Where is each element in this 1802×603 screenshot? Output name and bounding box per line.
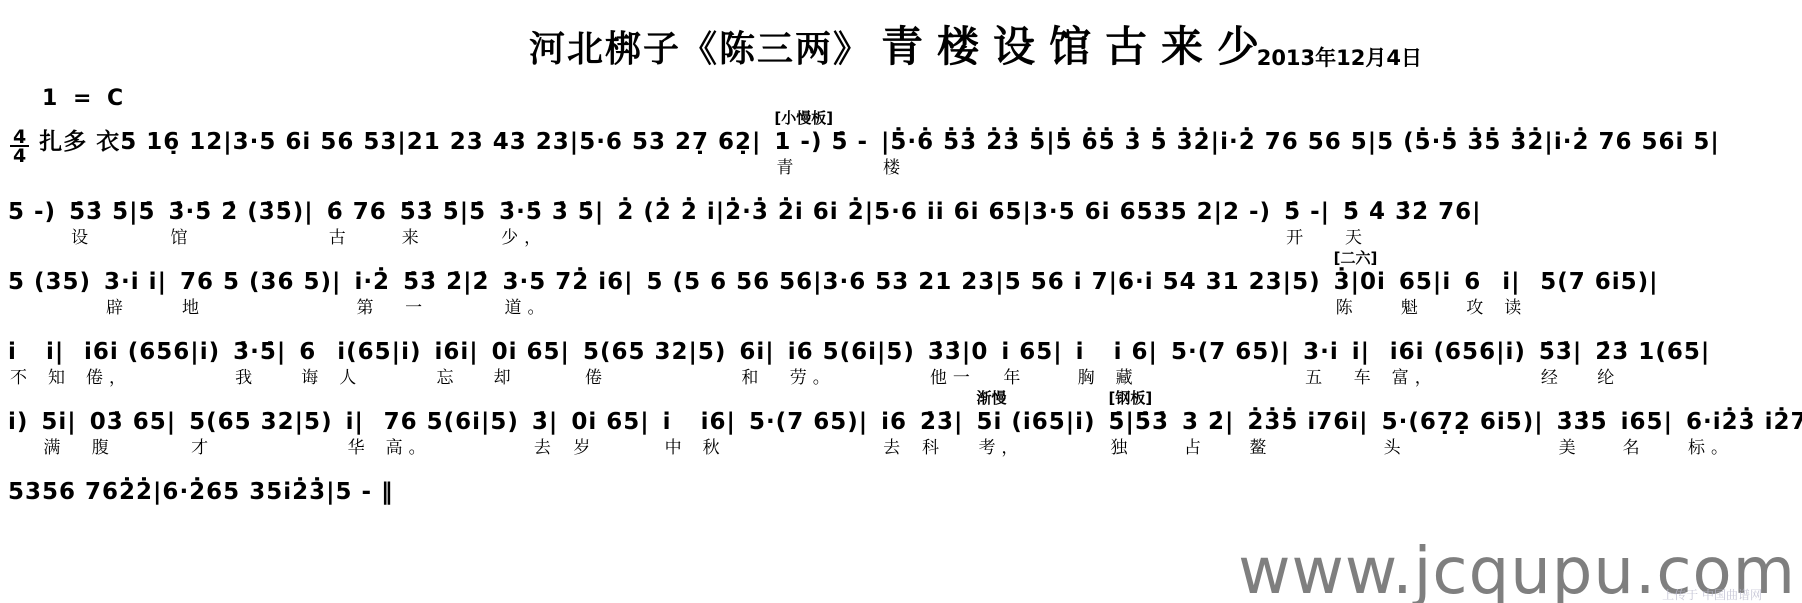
score-segment: i6i (656|i)倦， [84, 320, 220, 389]
notation-text: 6·i2̇3̇ i2̇76| [1686, 407, 1802, 437]
title-opera-name: 河北梆子《陈三两》 [529, 29, 871, 70]
score-segment: i) [8, 390, 28, 459]
lyric-text: 经 [1539, 367, 1582, 389]
lyric-text [1171, 367, 1290, 389]
tempo-mark [1284, 180, 1330, 197]
score-segment: |5̇·6̇ 5̇3̇ 2̇3̇ 5̇|5̇ 6̇5̇ 3̇ 5̇ 3̇2̇|i… [881, 110, 1720, 179]
score-segment: i·2̇第 [354, 250, 390, 319]
score-segment: 5(7 6i5)| [1540, 250, 1658, 319]
notation-text: 3̇| [532, 407, 558, 437]
lyric-text: 头 [1382, 437, 1544, 459]
tempo-mark [583, 320, 726, 337]
lyric-text: 标。 [1686, 437, 1802, 459]
score-segment: [钢板]5̇|5̇3̇独 [1109, 390, 1169, 459]
tempo-mark [104, 250, 167, 267]
notation-text: 5(7 6i5)| [1540, 267, 1658, 297]
score-segment: 5̇ 4̇ 3̇2̇ 76|天 [1343, 180, 1481, 249]
lyric-text: 辟 [104, 297, 167, 319]
score-segment: 5̇3̇ 5̇|5̇设 [69, 180, 155, 249]
score-segment: 5 (35) [8, 250, 91, 319]
lyric-text: 纶 [1595, 367, 1710, 389]
notation-text: 5̇3̇ 2̇|2̇ [403, 267, 489, 297]
tempo-mark [327, 180, 387, 197]
lyric-text [8, 227, 56, 249]
time-signature-denominator: 4 [13, 147, 26, 165]
tempo-mark [920, 390, 963, 407]
lyric-text: 第 [354, 297, 390, 319]
lyric-text: 胸 [1076, 367, 1101, 389]
lyric-text: 天 [1343, 227, 1481, 249]
lyric-text: 地 [180, 297, 341, 319]
tempo-mark [69, 180, 155, 197]
notation-text: 扎多 衣5 16̣ 12|3·5 6i 56 53|21 23 43 23|5·… [39, 127, 761, 157]
tempo-mark [1621, 390, 1673, 407]
lyric-text: 诲 [299, 367, 324, 389]
notation-text: i 6| [1114, 337, 1158, 367]
score-date: 2013年12月4日 [1257, 42, 1422, 72]
notation-text: 0i 65| [571, 407, 649, 437]
score-segment: 65|i魁 [1399, 250, 1451, 319]
notation-text: 5̇ -| [1284, 197, 1330, 227]
tempo-mark [571, 390, 649, 407]
lyric-text: 富， [1390, 367, 1526, 389]
notation-text: 1 -) 5̇ - [774, 127, 868, 157]
notation-text: i| [1502, 267, 1527, 297]
lyric-text: 读 [1502, 297, 1527, 319]
notation-text: 3·i [1303, 337, 1339, 367]
tempo-mark [499, 180, 604, 197]
notation-text: 65|i [1399, 267, 1451, 297]
notation-text: i| [346, 407, 371, 437]
lyric-text: 秋 [701, 437, 736, 459]
lyric-text: 道。 [502, 297, 633, 319]
lyric-text: 知 [46, 367, 71, 389]
lyric-text [1540, 297, 1658, 319]
key-signature: 1 = C [42, 86, 1802, 110]
lyric-text: 岁 [571, 437, 649, 459]
lyric-text: 陈 [1334, 297, 1386, 319]
notation-text: 2̇3̇| [920, 407, 963, 437]
lyric-text: 华 [346, 437, 371, 459]
score-line: i)5i|满03̇ 65|腹5(65 32|5)才i|华76 5(6i|5)高。… [8, 390, 1802, 459]
tempo-mark: [钢板] [1109, 390, 1169, 407]
score-segment: 0i 65|却 [492, 320, 570, 389]
score-segment: 2̇ (2̇ 2̇ i|2̇·3̇ 2̇i 6i 2̇|5·6 ii 6i 65… [617, 180, 1271, 249]
notation-text: 3·i i| [104, 267, 167, 297]
notation-text: 6 [1464, 267, 1489, 297]
lyric-text: 满 [41, 437, 76, 459]
notation-text: 5 (5 6 56 56|3·6 53 21 23|5 56 i 7|6·i 5… [647, 267, 1321, 297]
notation-text: 0i 65| [492, 337, 570, 367]
sheet-music-page: 河北梆子《陈三两》青楼设馆古来少 2013年12月4日 1 = C 44扎多 衣… [0, 0, 1802, 603]
notation-text: 3̇3̇|0 [928, 337, 988, 367]
score-segment: i 65|年 [1001, 320, 1062, 389]
tempo-mark: 渐慢 [976, 390, 1095, 407]
tempo-mark [8, 320, 33, 337]
lyric-text: 科 [920, 437, 963, 459]
notation-text: i6 [881, 407, 907, 437]
tempo-mark [1352, 320, 1377, 337]
notation-text: 5·(67̣2̣ 6i5)| [1382, 407, 1544, 437]
score-segment: 6̇ 76古 [327, 180, 387, 249]
score-line: i不i|知i6i (656|i)倦，3̇·5̇|我6诲i(65|i)人i6i|忘… [8, 320, 1802, 389]
score-segment: 3̇3̇|0他一 [928, 320, 988, 389]
score-segment: i6去 [881, 390, 907, 459]
notation-text: 3̇|0i [1334, 267, 1386, 297]
tempo-mark [1539, 320, 1582, 337]
score-segment: 5·(67̣2̣ 6i5)|头 [1382, 390, 1544, 459]
notation-text: 5 (35) [8, 267, 91, 297]
score-segment: 2̇3̇ 1(65|纶 [1595, 320, 1710, 389]
lyric-text: 魁 [1399, 297, 1451, 319]
tempo-mark: [小慢板] [774, 110, 868, 127]
score-segment: 5 -) [8, 180, 56, 249]
tempo-mark [400, 180, 486, 197]
lyric-text: 人 [337, 367, 421, 389]
lyric-text: 倦 [583, 367, 726, 389]
notation-text: i 65| [1001, 337, 1062, 367]
tempo-mark [384, 390, 519, 407]
lyric-text [8, 507, 394, 529]
lyric-text: 他一 [928, 367, 988, 389]
lyric-text [749, 437, 868, 459]
tempo-mark [1390, 320, 1526, 337]
notation-text: 76 5(6i|5) [384, 407, 519, 437]
score-segment: i|知 [46, 320, 71, 389]
score-segment: [二六]3̇|0i陈 [1334, 250, 1386, 319]
score-segment: 5i|满 [41, 390, 76, 459]
notation-text: 03̇ 65| [90, 407, 176, 437]
tempo-mark [84, 320, 220, 337]
tempo-mark [881, 110, 1720, 127]
lyric-text: 年 [1001, 367, 1062, 389]
lyric-text: 名 [1621, 437, 1673, 459]
score-segment: 3·5 72̇ i6|道。 [502, 250, 633, 319]
score-segment: 5̇ -|开 [1284, 180, 1330, 249]
score-segment: i6|秋 [701, 390, 736, 459]
tempo-mark [1382, 390, 1544, 407]
title-aria-name: 青楼设馆古来少 [881, 22, 1273, 71]
time-signature: 44 [10, 129, 29, 165]
tempo-mark [403, 250, 489, 267]
notation-text: 3 2̇| [1182, 407, 1234, 437]
notation-text: 5̇ 4̇ 3̇2̇ 76| [1343, 197, 1481, 227]
score-segment: i不 [8, 320, 33, 389]
lyric-text: 却 [492, 367, 570, 389]
lyric-text: 车 [1352, 367, 1377, 389]
score-line: 5 -)5̇3̇ 5̇|5̇设3̇·5̇ 2̇ (3̇5̇)|馆6̇ 76古5̇… [8, 180, 1802, 249]
notation-text: 5356 762̇2̇|6·2̇65 35i2̇3̇|5 - ‖ [8, 477, 394, 507]
score-segment: 0i 65|岁 [571, 390, 649, 459]
lyric-text: 劳。 [788, 367, 915, 389]
lyric-text: 开 [1284, 227, 1330, 249]
tempo-mark [1595, 320, 1710, 337]
notation-text: i(65|i) [337, 337, 421, 367]
score-segment: 5356 762̇2̇|6·2̇65 35i2̇3̇|5 - ‖ [8, 460, 394, 529]
tempo-mark [8, 460, 394, 477]
notation-text: 6i| [739, 337, 774, 367]
lyric-text: 腹 [90, 437, 176, 459]
score-segment: 5̇3̇ 5̇|5̇来 [400, 180, 486, 249]
score-segment: 76 5(6i|5)高。 [384, 390, 519, 459]
notation-text: 2̇ (2̇ 2̇ i|2̇·3̇ 2̇i 6i 2̇|5·6 ii 6i 65… [617, 197, 1271, 227]
score-segment: 3̇·5̇ 2̇ (3̇5̇)|馆 [169, 180, 314, 249]
notation-text: 3̇·5̇| [233, 337, 286, 367]
score-segment: i|车 [1352, 320, 1377, 389]
lyric-text: 我 [233, 367, 286, 389]
notation-text: i [663, 407, 688, 437]
tempo-mark [928, 320, 988, 337]
score-segment: 2̇3̇5̇ i76i|鳌 [1247, 390, 1368, 459]
lyric-text [8, 297, 91, 319]
tempo-mark [346, 390, 371, 407]
notation-text: 2̇3̇5̇ i76i| [1247, 407, 1368, 437]
lyric-text: 高。 [384, 437, 519, 459]
lyric-text [617, 227, 1271, 249]
tempo-mark [90, 390, 176, 407]
lyric-text: 和 [739, 367, 774, 389]
lyric-text: 不 [8, 367, 33, 389]
score-header: 河北梆子《陈三两》青楼设馆古来少 2013年12月4日 [0, 0, 1802, 84]
lyric-text: 青 [774, 157, 868, 179]
score-segment: 渐慢5i (i65|i)考， [976, 390, 1095, 459]
notation-text: 5i (i65|i) [976, 407, 1095, 437]
tempo-mark [1464, 250, 1489, 267]
tempo-mark [169, 180, 314, 197]
notation-text: i| [1352, 337, 1377, 367]
page-title: 河北梆子《陈三两》青楼设馆古来少 [0, 14, 1802, 74]
score-segment: 6攻 [1464, 250, 1489, 319]
score-line: 5356 762̇2̇|6·2̇65 35i2̇3̇|5 - ‖ [8, 460, 1802, 529]
notation-text: 5̇|5̇3̇ [1109, 407, 1169, 437]
lyric-text: 占 [1182, 437, 1234, 459]
tempo-mark [1502, 250, 1527, 267]
notation-text: 2̇3̇ 1(65| [1595, 337, 1710, 367]
tempo-mark [1303, 320, 1339, 337]
score-segment: 5(65 32|5)才 [189, 390, 332, 459]
notation-text: i6i (656|i) [1390, 337, 1526, 367]
notation-text: 3·5 72̇ i6| [502, 267, 633, 297]
score-segment: i|读 [1502, 250, 1527, 319]
notation-text: i| [46, 337, 71, 367]
score-segment: 3·i五 [1303, 320, 1339, 389]
notation-text: 76 5 (36 5)| [180, 267, 341, 297]
tempo-mark [8, 390, 28, 407]
notation-text: 5(65 32|5) [189, 407, 332, 437]
notation-text: 5̇3̇ 5̇|5̇ [400, 197, 486, 227]
tempo-mark [502, 250, 633, 267]
score-line: 44扎多 衣5 16̣ 12|3·5 6i 56 53|21 23 43 23|… [8, 110, 1802, 179]
tempo-mark [492, 320, 570, 337]
notation-text: i [1076, 337, 1101, 367]
lyric-text: 去 [532, 437, 558, 459]
score-segment: i中 [663, 390, 688, 459]
lyric-text: 设 [69, 227, 155, 249]
lyric-text: 鳌 [1247, 437, 1368, 459]
tempo-mark [180, 250, 341, 267]
tempo-mark [233, 320, 286, 337]
lyric-text: 中 [663, 437, 688, 459]
tempo-mark: [二六] [1334, 250, 1386, 267]
tempo-mark [434, 320, 478, 337]
lyric-text: 美 [1557, 437, 1608, 459]
notation-text: 3̇·5̇ 3̇ 5̇| [499, 197, 604, 227]
notation-text: i65| [1621, 407, 1673, 437]
tempo-mark [749, 390, 868, 407]
tempo-mark [1076, 320, 1101, 337]
tempo-mark [1399, 250, 1451, 267]
lyric-text: 独 [1109, 437, 1169, 459]
score-segment: 3 2̇|占 [1182, 390, 1234, 459]
lyric-text [8, 437, 28, 459]
notation-text: 5̇3̇ 5̇|5̇ [69, 197, 155, 227]
notation-text: |5̇·6̇ 5̇3̇ 2̇3̇ 5̇|5̇ 6̇5̇ 3̇ 5̇ 3̇2̇|i… [881, 127, 1720, 157]
lyric-text: 倦， [84, 367, 220, 389]
score-segment: i 6|藏 [1114, 320, 1158, 389]
tempo-mark [739, 320, 774, 337]
tempo-mark [1001, 320, 1062, 337]
score-segment: 6i|和 [739, 320, 774, 389]
uploader-watermark: 上传于 中国曲谱网 [1662, 586, 1762, 603]
tempo-mark [1343, 180, 1481, 197]
tempo-mark [1114, 320, 1158, 337]
lyric-text: 古 [327, 227, 387, 249]
tempo-mark [1540, 250, 1658, 267]
score-segment: 5 (5 6 56 56|3·6 53 21 23|5 56 i 7|6·i 5… [647, 250, 1321, 319]
notation-text: 5̇3̇| [1539, 337, 1582, 367]
notation-text: i6 5(6i|5) [788, 337, 915, 367]
score-body: 44扎多 衣5 16̣ 12|3·5 6i 56 53|21 23 43 23|… [8, 110, 1802, 529]
score-segment: 76 5 (36 5)|地 [180, 250, 341, 319]
notation-text: 5 -) [8, 197, 56, 227]
tempo-mark [647, 250, 1321, 267]
lyric-text [39, 157, 761, 179]
score-segment: 5̇3̇ 2̇|2̇一 [403, 250, 489, 319]
tempo-mark [46, 320, 71, 337]
tempo-mark [788, 320, 915, 337]
notation-text: 3̇·5̇ 2̇ (3̇5̇)| [169, 197, 314, 227]
score-segment: i65|名 [1621, 390, 1673, 459]
notation-text: i [8, 337, 33, 367]
score-segment: 6·i2̇3̇ i2̇76|标。 [1686, 390, 1802, 459]
score-segment: 5(65 32|5)倦 [583, 320, 726, 389]
tempo-mark [532, 390, 558, 407]
score-segment: 3̇·5̇ 3̇ 5̇|少， [499, 180, 604, 249]
score-segment: 5·(7 65)| [1171, 320, 1290, 389]
score-segment: 2̇3̇|科 [920, 390, 963, 459]
lyric-text: 藏 [1114, 367, 1158, 389]
notation-text: 6̇ 76 [327, 197, 387, 227]
tempo-mark [354, 250, 390, 267]
lyric-text: 去 [881, 437, 907, 459]
notation-text: 6 [299, 337, 324, 367]
lyric-text: 才 [189, 437, 332, 459]
notation-text: 5·(7 65)| [1171, 337, 1290, 367]
tempo-mark [1247, 390, 1368, 407]
lyric-text [647, 297, 1321, 319]
score-segment: i6i|忘 [434, 320, 478, 389]
tempo-mark [663, 390, 688, 407]
tempo-mark [41, 390, 76, 407]
lyric-text: 攻 [1464, 297, 1489, 319]
tempo-mark [617, 180, 1271, 197]
lyric-text: 忘 [434, 367, 478, 389]
score-segment: 6诲 [299, 320, 324, 389]
score-segment: [小慢板]1 -) 5̇ -青 [774, 110, 868, 179]
score-segment: 5̇3̇|经 [1539, 320, 1582, 389]
tempo-mark [189, 390, 332, 407]
notation-text: i6| [701, 407, 736, 437]
score-segment: 扎多 衣5 16̣ 12|3·5 6i 56 53|21 23 43 23|5·… [39, 110, 761, 179]
notation-text: 3̇3̇5̇ [1557, 407, 1608, 437]
score-segment: i6 5(6i|5)劳。 [788, 320, 915, 389]
lyric-text: 考， [976, 437, 1095, 459]
tempo-mark [299, 320, 324, 337]
tempo-mark [8, 180, 56, 197]
score-segment: i(65|i)人 [337, 320, 421, 389]
notation-text: i6i (656|i) [84, 337, 220, 367]
lyric-text: 一 [403, 297, 489, 319]
tempo-mark [8, 250, 91, 267]
tempo-mark [701, 390, 736, 407]
tempo-mark [1171, 320, 1290, 337]
score-segment: 5·(7 65)| [749, 390, 868, 459]
score-segment: i6i (656|i)富， [1390, 320, 1526, 389]
lyric-text: 少， [499, 227, 604, 249]
notation-text: 5·(7 65)| [749, 407, 868, 437]
tempo-mark [1182, 390, 1234, 407]
score-segment: 3̇·5̇|我 [233, 320, 286, 389]
score-segment: 03̇ 65|腹 [90, 390, 176, 459]
tempo-mark [337, 320, 421, 337]
tempo-mark [1686, 390, 1802, 407]
score-segment: 3̇3̇5̇美 [1557, 390, 1608, 459]
lyric-text: 馆 [169, 227, 314, 249]
score-segment: i胸 [1076, 320, 1101, 389]
tempo-mark [1557, 390, 1608, 407]
tempo-mark [39, 110, 761, 127]
tempo-mark [881, 390, 907, 407]
score-segment: 3·i i|辟 [104, 250, 167, 319]
notation-text: 5(65 32|5) [583, 337, 726, 367]
notation-text: i·2̇ [354, 267, 390, 297]
lyric-text: 楼 [881, 157, 1720, 179]
score-segment: i|华 [346, 390, 371, 459]
score-line: 5 (35)3·i i|辟76 5 (36 5)|地i·2̇第5̇3̇ 2̇|2… [8, 250, 1802, 319]
lyric-text: 五 [1303, 367, 1339, 389]
score-segment: 3̇|去 [532, 390, 558, 459]
notation-text: i6i| [434, 337, 478, 367]
notation-text: 5i| [41, 407, 76, 437]
notation-text: i) [8, 407, 28, 437]
lyric-text: 来 [400, 227, 486, 249]
